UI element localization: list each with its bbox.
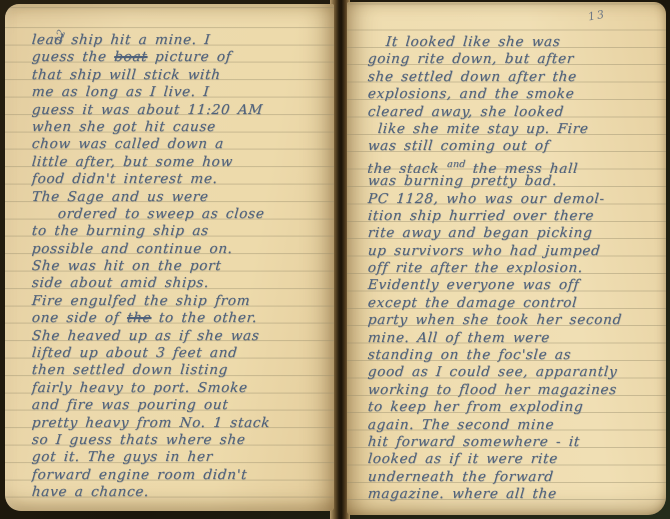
diary-photo: 12 lead ship hit a mine. I guess the boa… — [0, 0, 670, 519]
handwritten-line: ition ship hurried over there — [367, 208, 666, 225]
handwritten-line: chow was called down a — [31, 136, 334, 153]
handwritten-line: It looked like she was — [367, 34, 666, 51]
handwritten-line: to the burning ship as — [31, 223, 334, 240]
handwritten-line: mine. All of them were — [367, 330, 666, 347]
handwritten-line: the stack and the mess hall — [367, 156, 666, 173]
handwritten-line: Evidently everyone was off — [367, 277, 666, 294]
handwritten-line: working to flood her magazines — [367, 382, 666, 399]
handwritten-line: little after, but some how — [31, 154, 334, 171]
handwriting-left: lead ship hit a mine. I guess the boat p… — [31, 32, 332, 502]
handwritten-line: forward engine room didn't — [31, 467, 334, 484]
handwritten-line: good as I could see, apparantly — [367, 364, 666, 381]
handwritten-line: got it. The guys in her — [31, 449, 334, 466]
handwritten-line: underneath the forward — [367, 469, 666, 486]
handwritten-line: was burning pretty bad. — [367, 173, 666, 190]
handwritten-line: guess the boat picture of — [31, 49, 334, 66]
handwritten-line: up survivors who had jumped — [367, 243, 666, 260]
handwritten-line: ordered to sweep as close — [31, 206, 334, 223]
handwritten-line: looked as if it were rite — [367, 451, 666, 468]
handwritten-line: standing on the foc'sle as — [367, 347, 666, 364]
handwritten-line: lifted up about 3 feet and — [31, 345, 334, 362]
handwritten-line: that ship will stick with — [31, 67, 334, 84]
handwritten-line: Fire engulfed the ship from — [31, 293, 334, 310]
handwritten-line: to keep her from exploding — [367, 399, 666, 416]
handwriting-right: It looked like she was going rite down, … — [367, 34, 664, 504]
handwritten-line: she settled down after the — [367, 69, 666, 86]
handwritten-line: again. The second mine — [367, 417, 666, 434]
handwritten-line: party when she took her second — [367, 312, 666, 329]
handwritten-line: then settled down listing — [31, 362, 334, 379]
handwritten-line: lead ship hit a mine. I — [31, 32, 334, 49]
handwritten-line: rite away and began picking — [367, 225, 666, 242]
handwritten-line: explosions, and the smoke — [367, 86, 666, 103]
handwritten-line: going rite down, but after — [367, 51, 666, 68]
handwritten-line: She heaved up as if she was — [31, 328, 334, 345]
handwritten-line: PC 1128, who was our demol- — [367, 191, 666, 208]
handwritten-line: when she got hit cause — [31, 119, 334, 136]
handwritten-line: magazine. where all the — [367, 486, 666, 503]
diary-page-left: 12 lead ship hit a mine. I guess the boa… — [5, 4, 334, 511]
handwritten-line: guess it was about 11:20 AM — [31, 102, 334, 119]
handwritten-line: except the damage control — [367, 295, 666, 312]
diary-page-right: 13 It looked like she was going rite dow… — [347, 2, 666, 515]
handwritten-line: so I guess thats where she — [31, 432, 334, 449]
handwritten-line: cleared away, she looked — [367, 104, 666, 121]
handwritten-line: have a chance. — [31, 484, 334, 501]
handwritten-line: She was hit on the port — [31, 258, 334, 275]
handwritten-line: off rite after the explosion. — [367, 260, 666, 277]
handwritten-line: fairly heavy to port. Smoke — [31, 380, 334, 397]
handwritten-line: food didn't interest me. — [31, 171, 334, 188]
handwritten-line: possible and continue on. — [31, 241, 334, 258]
handwritten-line: pretty heavy from No. 1 stack — [31, 415, 334, 432]
handwritten-line: The Sage and us were — [31, 189, 334, 206]
handwritten-line: me as long as I live. I — [31, 84, 334, 101]
handwritten-line: like she mite stay up. Fire — [367, 121, 666, 138]
handwritten-line: was still coming out of — [367, 138, 666, 155]
handwritten-line: side about amid ships. — [31, 275, 334, 292]
handwritten-line: hit forward somewhere - it — [367, 434, 666, 451]
handwritten-line: and fire was pouring out — [31, 397, 334, 414]
handwritten-line: one side of the to the other. — [31, 310, 334, 327]
